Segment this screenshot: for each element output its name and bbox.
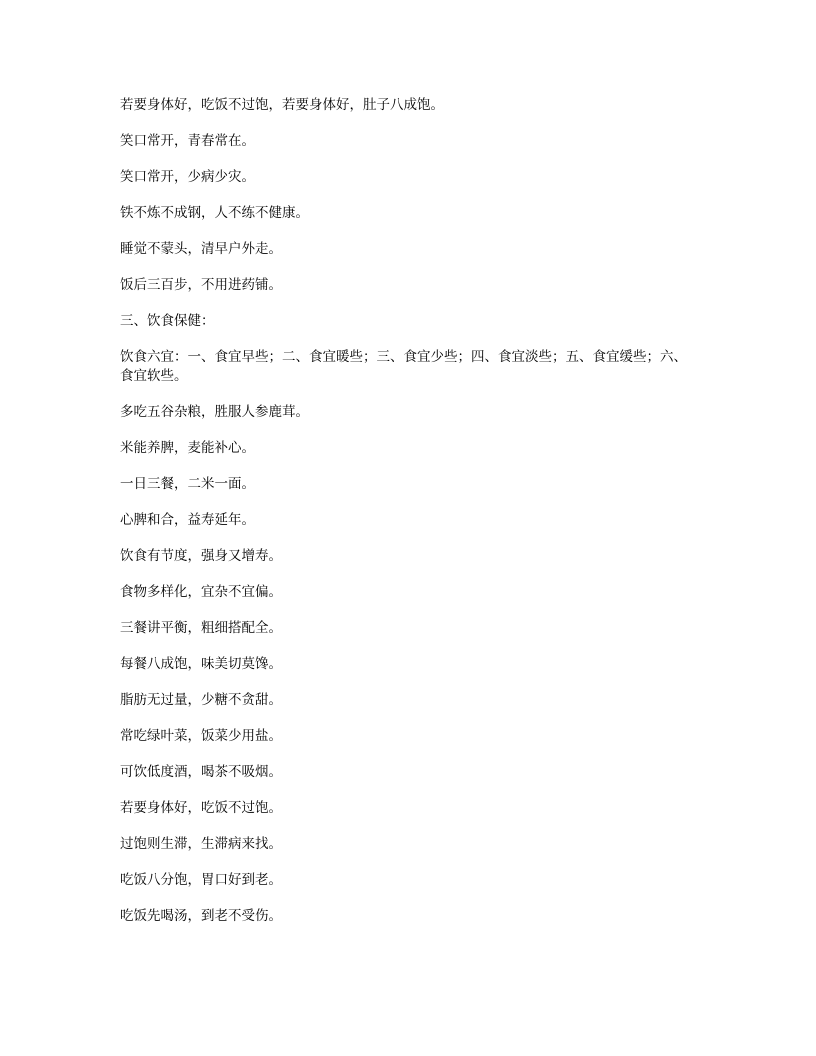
paragraph: 多吃五谷杂粮，胜服人参鹿茸。 [120, 402, 696, 421]
paragraph: 三餐讲平衡，粗细搭配全。 [120, 618, 696, 637]
paragraph: 睡觉不蒙头，清早户外走。 [120, 239, 696, 258]
paragraph: 每餐八成饱，味美切莫馋。 [120, 654, 696, 673]
paragraph: 过饱则生滞，生滞病来找。 [120, 834, 696, 853]
paragraph: 常吃绿叶菜，饭菜少用盐。 [120, 726, 696, 745]
paragraph: 脂肪无过量，少糖不贪甜。 [120, 690, 696, 709]
paragraph: 可饮低度酒，喝茶不吸烟。 [120, 762, 696, 781]
paragraph: 笑口常开，少病少灾。 [120, 167, 696, 186]
paragraph: 若要身体好，吃饭不过饱，若要身体好，肚子八成饱。 [120, 95, 696, 114]
paragraph: 心脾和合，益寿延年。 [120, 510, 696, 529]
paragraph: 饮食有节度，强身又增寿。 [120, 546, 696, 565]
paragraph: 饮食六宜：一、食宜早些；二、食宜暖些；三、食宜少些；四、食宜淡些；五、食宜缓些；… [120, 347, 696, 385]
paragraph: 米能养脾，麦能补心。 [120, 438, 696, 457]
paragraph: 笑口常开，青春常在。 [120, 131, 696, 150]
paragraph: 吃饭八分饱，胃口好到老。 [120, 870, 696, 889]
paragraph: 吃饭先喝汤，到老不受伤。 [120, 906, 696, 925]
paragraph: 食物多样化，宜杂不宜偏。 [120, 582, 696, 601]
paragraph: 一日三餐，二米一面。 [120, 474, 696, 493]
paragraph: 铁不炼不成钢，人不练不健康。 [120, 203, 696, 222]
document-page: 若要身体好，吃饭不过饱，若要身体好，肚子八成饱。笑口常开，青春常在。笑口常开，少… [0, 0, 816, 1056]
paragraph: 饭后三百步，不用进药铺。 [120, 275, 696, 294]
paragraph: 三、饮食保健： [120, 311, 696, 330]
document-body: 若要身体好，吃饭不过饱，若要身体好，肚子八成饱。笑口常开，青春常在。笑口常开，少… [0, 0, 816, 925]
paragraph: 若要身体好，吃饭不过饱。 [120, 798, 696, 817]
